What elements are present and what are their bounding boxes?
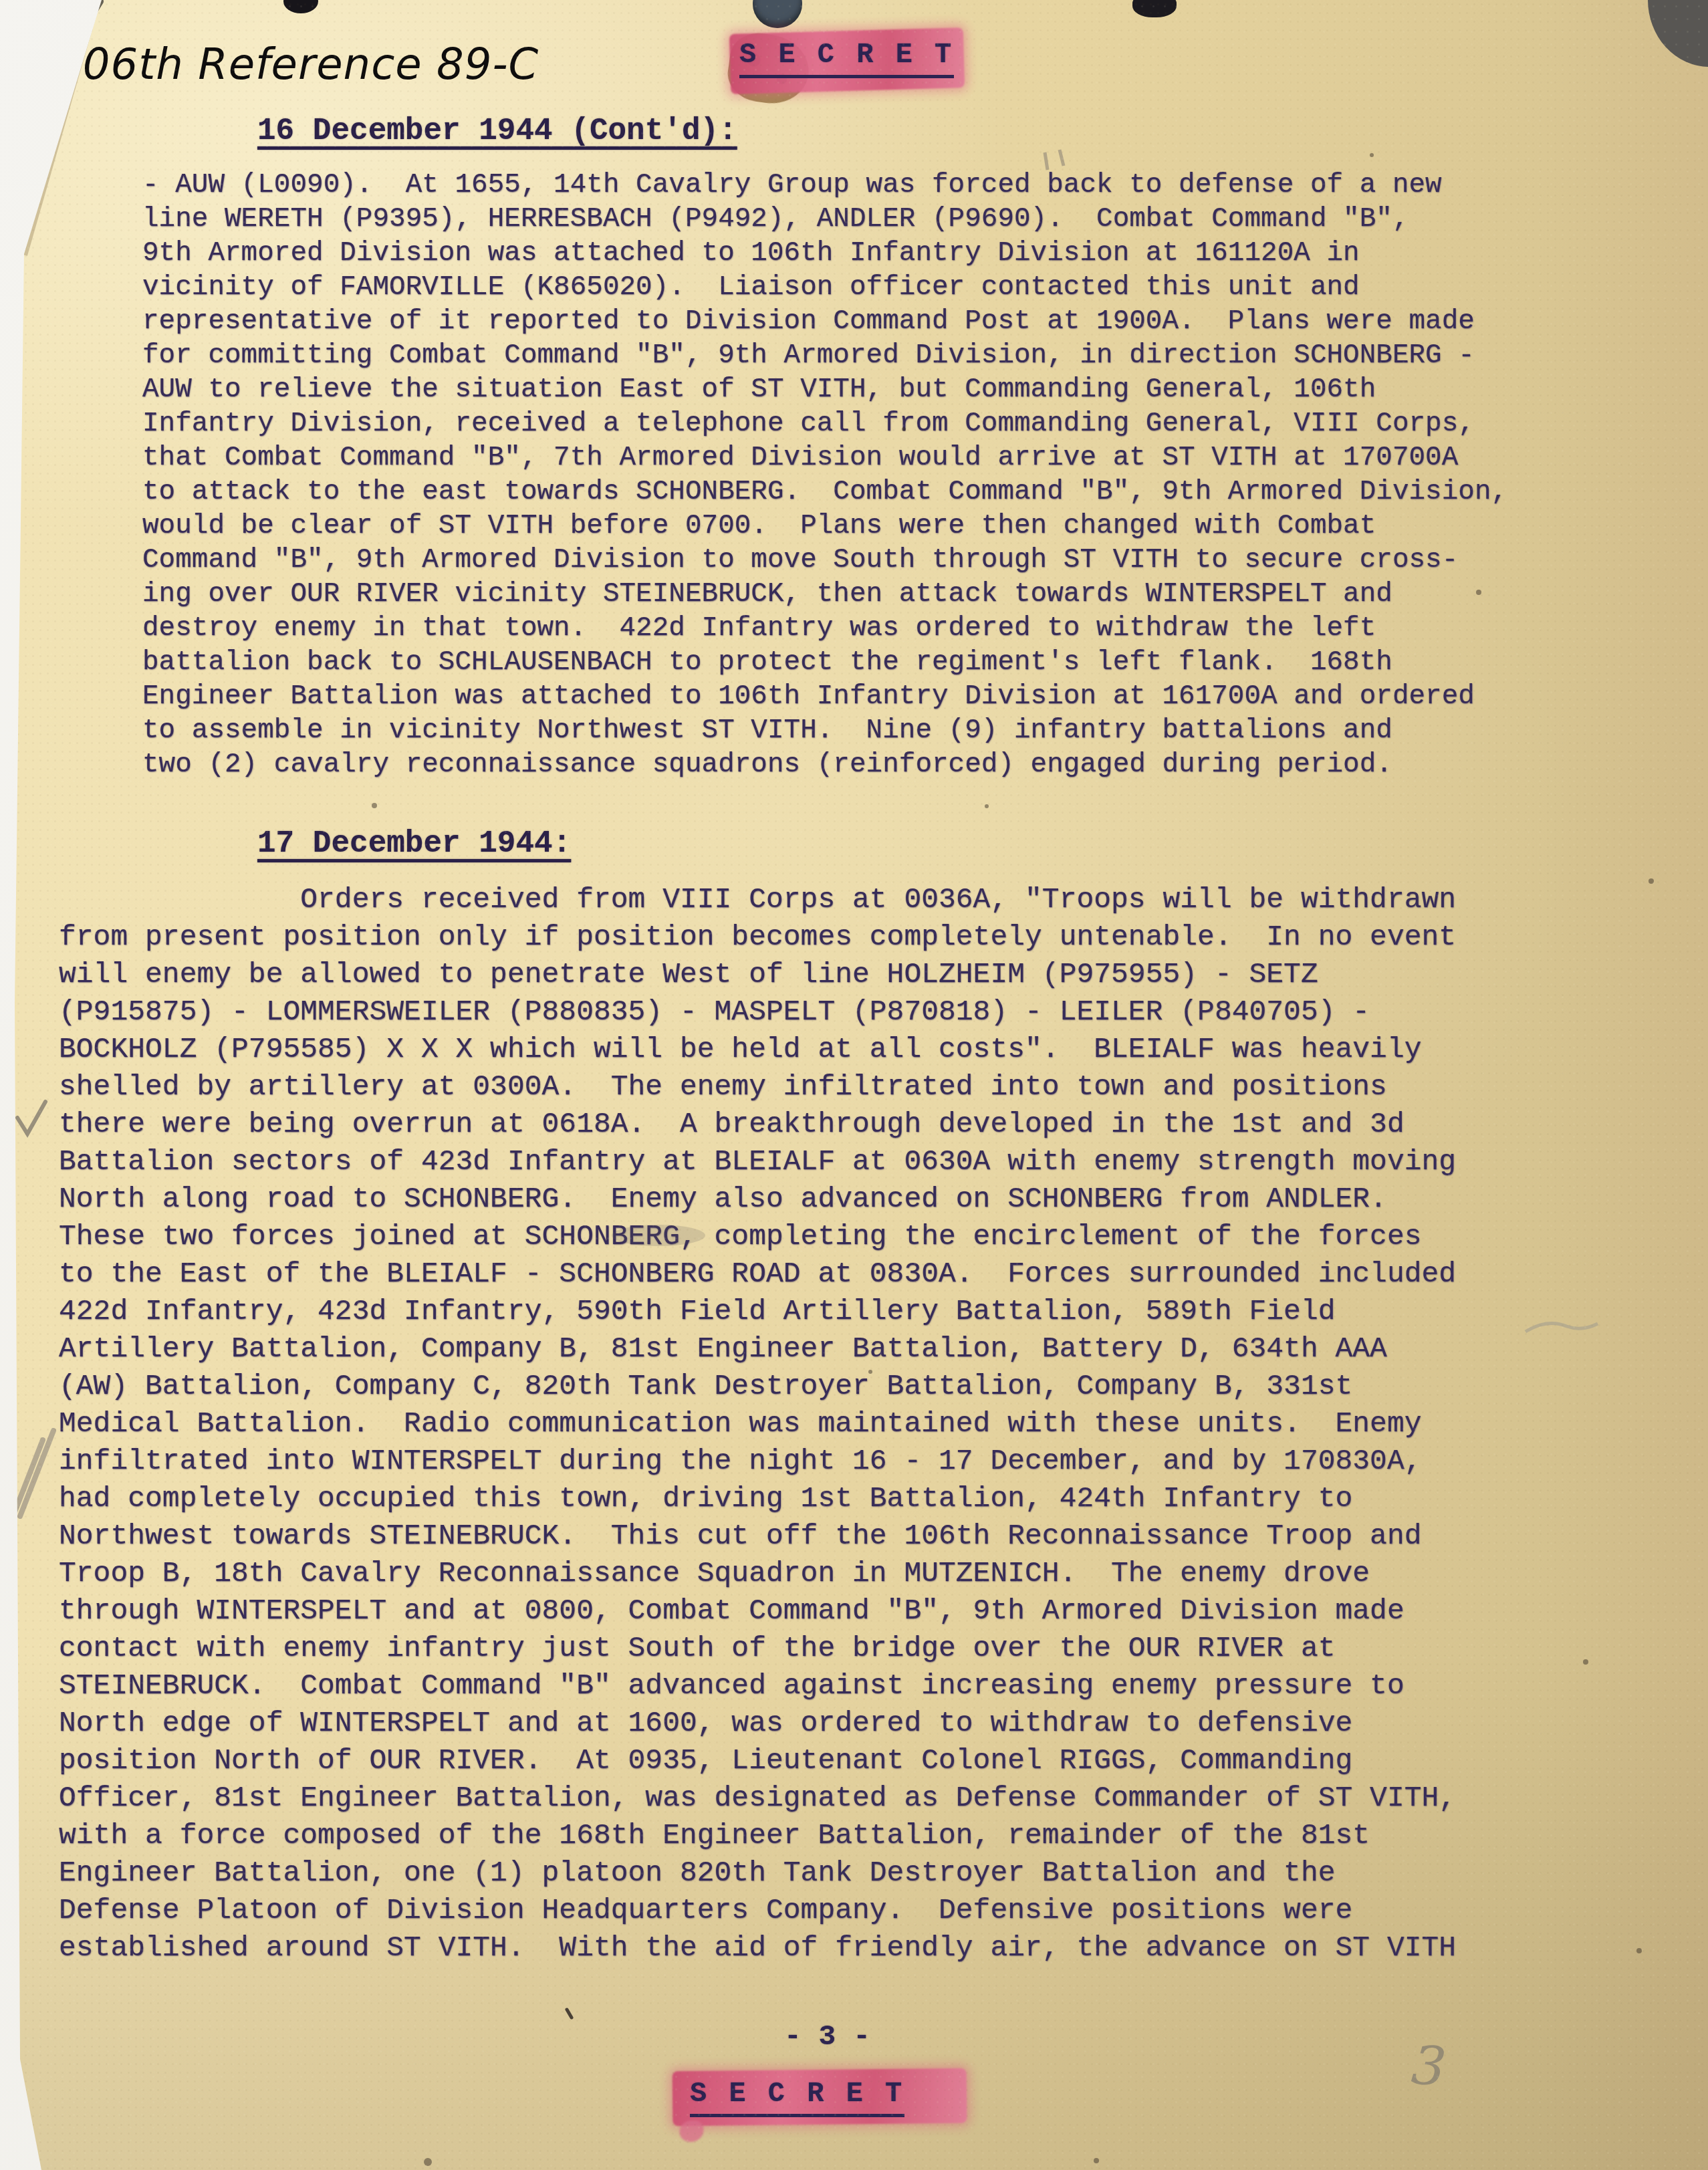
typed-text-line: through WINTERSPELT and at 0800, Combat … xyxy=(59,1592,1456,1630)
section-heading-17-december: 17 December 1944: xyxy=(257,826,571,861)
typed-text-line: established around ST VITH. With the aid… xyxy=(59,1929,1456,1967)
typed-text-line: vicinity of FAMORVILLE (K865020). Liaiso… xyxy=(142,271,1507,305)
typed-text-line: Engineer Battalion, one (1) platoon 820t… xyxy=(59,1854,1456,1892)
pencil-tally-mark xyxy=(20,1431,53,1516)
typed-text-line: Command "B", 9th Armored Division to mov… xyxy=(142,544,1507,578)
section-body-17-december: Orders received from VIII Corps at 0036A… xyxy=(59,881,1456,1967)
section-heading-16-december: 16 December 1944 (Cont'd): xyxy=(257,114,737,148)
typed-text-line: there were being overrun at 0618A. A bre… xyxy=(59,1106,1456,1143)
pencil-tally-mark xyxy=(9,1440,43,1526)
typed-text-line: position North of OUR RIVER. At 0935, Li… xyxy=(59,1742,1456,1780)
ink-ghost-marks xyxy=(1045,150,1064,170)
typed-text-line: to attack to the east towards SCHONBERG.… xyxy=(142,475,1507,509)
typed-text-line: with a force composed of the 168th Engin… xyxy=(59,1817,1456,1854)
typed-text-line: Infantry Division, received a telephone … xyxy=(142,407,1507,441)
typed-text-line: that Combat Command "B", 7th Armored Div… xyxy=(142,441,1507,475)
pencil-squiggle xyxy=(1526,1324,1598,1332)
typed-text-line: BOCKHOLZ (P795585) X X X which will be h… xyxy=(59,1031,1456,1068)
punch-hole-icon xyxy=(1132,0,1177,17)
typed-text-line: ing over OUR RIVER vicinity STEINEBRUCK,… xyxy=(142,578,1507,612)
corner-shadow xyxy=(1648,0,1708,67)
typed-text-line: will enemy be allowed to penetrate West … xyxy=(59,956,1456,993)
typed-text-line: These two forces joined at SCHONBERG, co… xyxy=(59,1218,1456,1255)
typed-text-line: Officer, 81st Engineer Battalion, was de… xyxy=(59,1780,1456,1817)
typed-text-line: destroy enemy in that town. 422d Infantr… xyxy=(142,612,1507,646)
typed-text-line: Artillery Battalion, Company B, 81st Eng… xyxy=(59,1330,1456,1368)
typed-text-line: - AUW (L0090). At 1655, 14th Cavalry Gro… xyxy=(142,168,1507,203)
typed-text-line: Troop B, 18th Cavalry Reconnaissance Squ… xyxy=(59,1555,1456,1592)
punch-hole-icon xyxy=(283,0,318,13)
typed-text-line: to the East of the BLEIALF - SCHONBERG R… xyxy=(59,1255,1456,1293)
typed-text-line: (P915875) - LOMMERSWEILER (P880835) - MA… xyxy=(59,993,1456,1031)
typed-text-line: Northwest towards STEINEBRUCK. This cut … xyxy=(59,1518,1456,1555)
typed-text-line: two (2) cavalry reconnaissance squadrons… xyxy=(142,748,1507,782)
typed-text-line: had completely occupied this town, drivi… xyxy=(59,1480,1456,1518)
reference-annotation: 106th Reference 89-C xyxy=(55,40,539,90)
secret-classification-top: S E C R E T xyxy=(739,39,954,78)
scanned-document-screenshot: { "annotation": "106th Reference 89-C", … xyxy=(0,0,1708,2170)
typed-text-line: Engineer Battalion was attached to 106th… xyxy=(142,680,1507,714)
page-number: - 3 - xyxy=(784,2020,870,2053)
typed-text-line: for committing Combat Command "B", 9th A… xyxy=(142,339,1507,373)
section-body-16-december: - AUW (L0090). At 1655, 14th Cavalry Gro… xyxy=(142,168,1507,782)
typed-text-line: Defense Platoon of Division Headquarters… xyxy=(59,1892,1456,1929)
typed-text-line: Battalion sectors of 423d Infantry at BL… xyxy=(59,1143,1456,1181)
typed-text-line: from present position only if position b… xyxy=(59,919,1456,956)
ink-speck xyxy=(567,2010,572,2018)
typed-text-line: North along road to SCHONBERG. Enemy als… xyxy=(59,1181,1456,1218)
typed-text-line: representative of it reported to Divisio… xyxy=(142,305,1507,339)
typed-text-line: North edge of WINTERSPELT and at 1600, w… xyxy=(59,1705,1456,1742)
typed-text-line: shelled by artillery at 0300A. The enemy… xyxy=(59,1068,1456,1106)
secret-classification-bottom: S E C R E T xyxy=(690,2078,904,2117)
handwritten-page-number: 3 xyxy=(1409,2034,1449,2098)
typed-text-line: contact with enemy infantry just South o… xyxy=(59,1630,1456,1667)
typed-text-line: Orders received from VIII Corps at 0036A… xyxy=(59,881,1456,919)
paper-edge-shading xyxy=(25,4,98,255)
typed-text-line: infiltrated into WINTERSPELT during the … xyxy=(59,1443,1456,1480)
typed-text-line: STEINEBRUCK. Combat Command "B" advanced… xyxy=(59,1667,1456,1705)
punch-hole-icon xyxy=(753,0,802,28)
typed-text-line: to assemble in vicinity Northwest ST VIT… xyxy=(142,714,1507,748)
typed-text-line: line WERETH (P9395), HERRESBACH (P9492),… xyxy=(142,203,1507,237)
typed-text-line: 9th Armored Division was attached to 106… xyxy=(142,237,1507,271)
typed-text-line: battalion back to SCHLAUSENBACH to prote… xyxy=(142,646,1507,680)
typed-text-line: Medical Battalion. Radio communication w… xyxy=(59,1405,1456,1443)
corner-fold-line xyxy=(74,1,100,44)
typed-text-line: AUW to relieve the situation East of ST … xyxy=(142,373,1507,407)
typed-text-line: would be clear of ST VITH before 0700. P… xyxy=(142,509,1507,544)
pencil-checkmark xyxy=(17,1102,45,1134)
typed-text-line: (AW) Battalion, Company C, 820th Tank De… xyxy=(59,1368,1456,1405)
document-page: 106th Reference 89-C S E C R E T 16 Dece… xyxy=(0,0,1708,2170)
typed-text-line: 422d Infantry, 423d Infantry, 590th Fiel… xyxy=(59,1293,1456,1330)
